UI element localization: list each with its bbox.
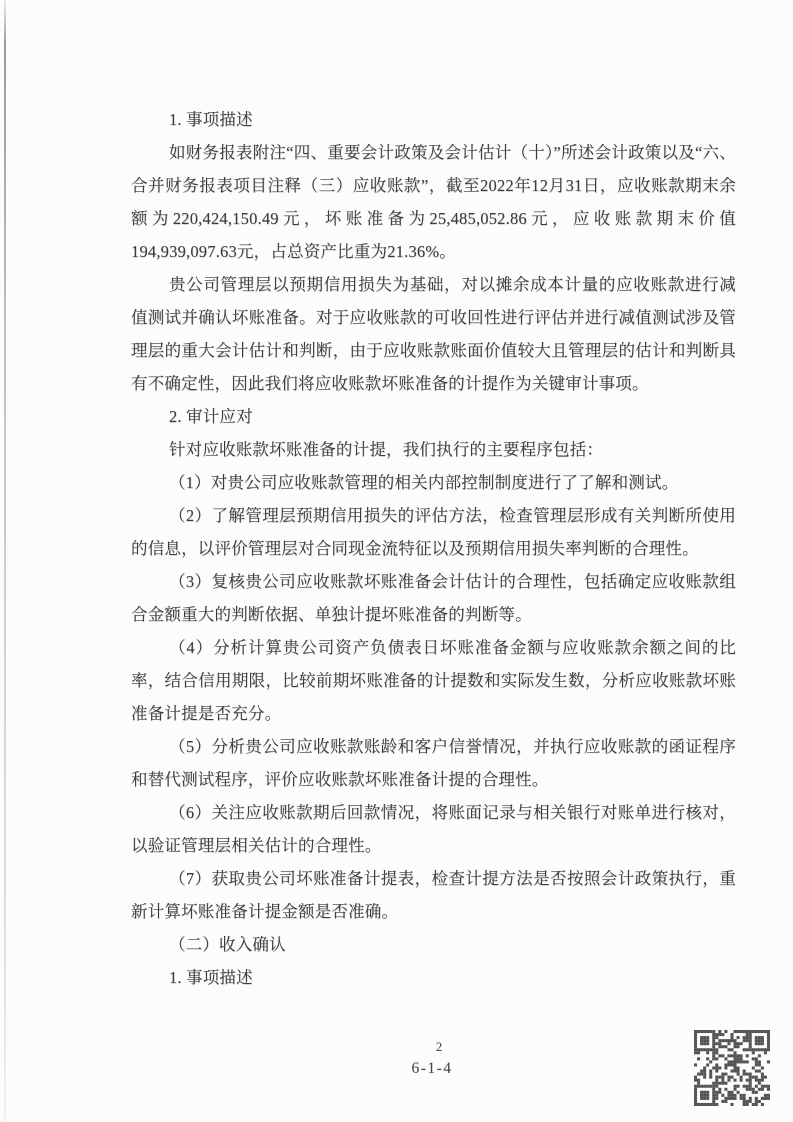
section-heading: 1. 事项描述 bbox=[131, 961, 736, 994]
list-item: （4）分析计算贵公司资产负债表日坏账准备金额与应收账款余额之间的比率，结合信用期… bbox=[131, 631, 736, 730]
page-number: 2 bbox=[404, 1040, 474, 1055]
section-heading: 1. 事项描述 bbox=[131, 103, 736, 136]
paragraph: 针对应收账款坏账准备的计提，我们执行的主要程序包括： bbox=[131, 433, 736, 466]
section-heading: （二）收入确认 bbox=[131, 928, 736, 961]
list-item: （1）对贵公司应收账款管理的相关内部控制制度进行了了解和测试。 bbox=[131, 466, 736, 499]
list-item: （5）分析贵公司应收账款账龄和客户信誉情况，并执行应收账款的函证程序和替代测试程… bbox=[131, 730, 736, 796]
list-item: （2）了解管理层预期信用损失的评估方法，检查管理层形成有关判断所使用的信息，以评… bbox=[131, 499, 736, 565]
document-body: 1. 事项描述 如财务报表附注“四、重要会计政策及会计估计（十）”所述会计政策以… bbox=[131, 103, 736, 994]
section-heading: 2. 审计应对 bbox=[131, 400, 736, 433]
document-code: 6-1-4 bbox=[382, 1060, 482, 1078]
list-item: （7）获取贵公司坏账准备计提表，检查计提方法是否按照会计政策执行，重新计算坏账准… bbox=[131, 862, 736, 928]
qr-code-icon bbox=[694, 1030, 770, 1106]
paragraph: 如财务报表附注“四、重要会计政策及会计估计（十）”所述会计政策以及“六、合并财务… bbox=[131, 136, 736, 268]
scan-edge-artifact bbox=[4, 0, 6, 1122]
list-item: （3）复核贵公司应收账款坏账准备会计估计的合理性，包括确定应收账款组合金额重大的… bbox=[131, 565, 736, 631]
paragraph: 贵公司管理层以预期信用损失为基础，对以摊余成本计量的应收账款进行减值测试并确认坏… bbox=[131, 268, 736, 400]
list-item: （6）关注应收账款期后回款情况，将账面记录与相关银行对账单进行核对，以验证管理层… bbox=[131, 796, 736, 862]
